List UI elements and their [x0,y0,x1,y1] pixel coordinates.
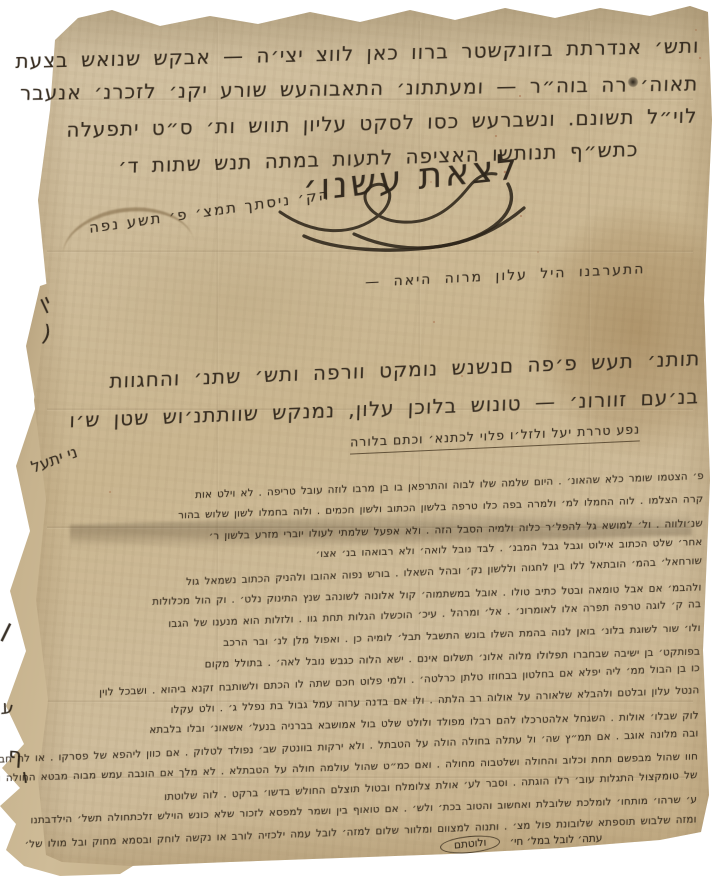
signature-undersweep [348,200,533,262]
closing-text: עתה׳ לובל במל׳ חי׳ [509,832,602,848]
body-paragraph: פ׳ הצטמו שומר כלא שהאונ׳ . היום שלמה שלו… [27,468,704,853]
margin-ink-mark: ן [0,614,17,644]
manuscript-photo: ותש׳ אנדרתת בזונקשטר ברוו כאן לווצ יצי׳ה… [0,0,720,883]
circled-word: ולוטתם [439,833,500,856]
